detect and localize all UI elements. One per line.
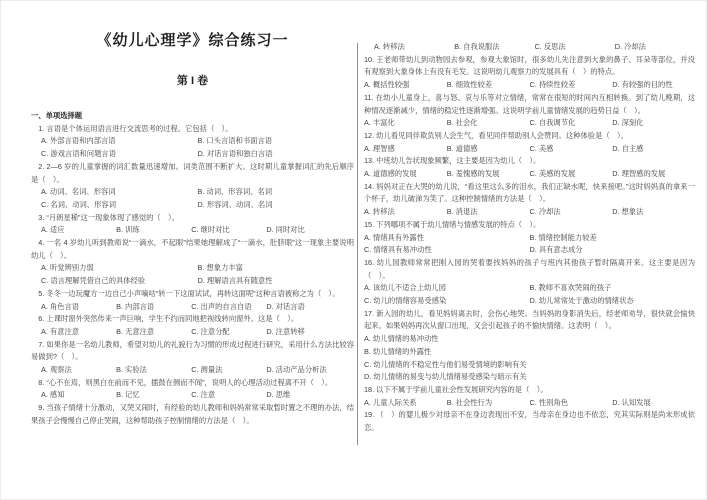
section-heading: 一、单项选择题	[31, 110, 354, 123]
question-stem: 11. 在幼小儿童身上，喜与怒、哀与乐等对立情绪，常常在很短的时间内互相转换。到…	[364, 92, 695, 117]
option: D. 同时对比	[266, 224, 341, 237]
option: C. 注意	[191, 389, 266, 402]
option: C. 持续性较差	[530, 79, 613, 92]
options-row: A. 儿童人际关系B. 社会性行为C. 性别角色D. 认知发展	[364, 397, 695, 410]
option: C. 测量法	[191, 364, 266, 377]
option: C. 自我调节化	[530, 117, 613, 130]
question-stem: 17. 新入园的幼儿，看见妈妈离去时，会伤心地哭。当妈妈的身影消失后，经老师劝导…	[364, 308, 695, 333]
option: B. 实验法	[116, 364, 191, 377]
question-stem: 4. 一名 4 岁幼儿听到教师说“一滴水，不起眼”结果她理解成了“一滴水，肚脐眼…	[31, 237, 354, 262]
option: D. 有较强的目的性	[612, 79, 695, 92]
option: C. 反思法	[535, 41, 615, 54]
options-row: A. 听觉辨别力弱B. 想象力丰富C. 语言理解凭借自己的具体经验D. 理解语言…	[31, 262, 354, 287]
option: D. 想象法	[612, 206, 695, 219]
option: D. 对话言语	[266, 301, 341, 314]
option: A. 丰富化	[364, 117, 447, 130]
option: A. 转移法	[364, 206, 447, 219]
options-row: A. 外部言语和内部言语B. 口头言语和书面言语C. 游戏言语和问题言语D. 对…	[31, 135, 354, 160]
option: A. 理智感	[364, 143, 447, 156]
option: B. 细致性较差	[447, 79, 530, 92]
question-block: 4. 一名 4 岁幼儿听到教师说“一滴水，不起眼”结果她理解成了“一滴水，肚脐眼…	[31, 237, 354, 288]
option: D. 理智感的发展	[612, 168, 695, 181]
option: C. 出声的自言自语	[191, 301, 266, 314]
question-stem: 19. （ ）的婴儿极少对母亲不在身边表现出不安，当母亲在身边也不依恋，究其实际…	[364, 409, 695, 434]
options-row: A. 角色言语B. 内部言语C. 出声的自言自语D. 对话言语	[31, 301, 354, 314]
options-row: A. 理智感B. 道德感C. 美感D. 自主感	[364, 143, 695, 156]
options-row: A. 动词、名词、形容词B. 动词、形容词、名词C. 名词、动词、形容词D. 形…	[31, 186, 354, 211]
options-row: A. 有意注意B. 无意注意C. 注意分配D. 注意转移	[31, 326, 354, 339]
question-block: 18. 以下不属于学前儿童社会性发展研究内容的是（ ）。A. 儿童人际关系B. …	[364, 384, 695, 409]
option: B. 自我说服法	[454, 41, 534, 54]
right-questions: A. 转移法B. 自我说服法C. 反思法D. 冷却法10. 王老师带幼儿到动物园…	[364, 41, 695, 435]
option: C. 情绪具有易冲动性	[364, 244, 530, 257]
question-block: 13. 中班幼儿告状现象频繁，这主要是因为幼儿（ ）。A. 道德感的发展B. 羞…	[364, 155, 695, 180]
exam-title: 《幼儿心理学》综合练习一	[31, 31, 354, 51]
option: D. 形容词、动词、名词	[198, 199, 355, 212]
option: A. 观察法	[41, 364, 116, 377]
option: D. 冷却法	[615, 41, 695, 54]
question-block: 11. 在幼小儿童身上，喜与怒、哀与乐等对立情绪，常常在很短的时间内互相转换。到…	[364, 92, 695, 130]
question-block: 19. （ ）的婴儿极少对母亲不在身边表现出不安，当母亲在身边也不依恋，究其实际…	[364, 409, 695, 434]
question-block: 2. 2—6 岁的儿童掌握的词汇数量迅速增加。词类范围不断扩大。这时期儿童掌握词…	[31, 161, 354, 212]
option: A. 外部言语和内部言语	[41, 135, 198, 148]
question-stem: 3. “月朗星稀”这一现象体现了感觉的（ ）。	[31, 212, 354, 225]
question-stem: 1. 言语是个体运用语言进行交流思考的过程。它包括（ ）。	[31, 123, 354, 136]
option: D. 具有意志成分	[530, 244, 696, 257]
option: B. 社会性行为	[447, 397, 530, 410]
option: A. 转移法	[374, 41, 454, 54]
options-row: A. 适应B. 训练C. 继时对比D. 同时对比	[31, 224, 354, 237]
question-block: A. 转移法B. 自我说服法C. 反思法D. 冷却法	[364, 41, 695, 54]
question-block: 8. “心不在焉，则黑白在前而不见，擂鼓在侧而不闻”，说明人的心理活动过程离不开…	[31, 377, 354, 402]
option: C. 幼儿的情绪容易受感染	[364, 295, 530, 308]
option: A. 适应	[41, 224, 116, 237]
option: B. 教师不喜欢哭闹的孩子	[530, 282, 696, 295]
question-stem: 8. “心不在焉，则黑白在前而不见，擂鼓在侧而不闻”，说明人的心理活动过程离不开…	[31, 377, 354, 390]
question-stem: 9. 当孩子情绪十分激动，又哭又闹时，有经验的幼儿教师和妈妈常常采取暂时置之不理…	[31, 402, 354, 427]
question-block: 12. 幼儿看见同伴欺负别人会生气，看见同伴帮助别人会赞同。这种体验是（ ）。A…	[364, 130, 695, 155]
options-row: A. 转移法B. 自我说服法C. 反思法D. 冷却法	[364, 41, 695, 54]
question-stem: 15. 下列哪项不属于幼儿情绪与情感发展的特点（ ）。	[364, 219, 695, 232]
option: C. 语言理解凭借自己的具体经验	[41, 275, 198, 288]
option: D. 幼儿常常处于激动的情绪状态	[530, 295, 696, 308]
question-stem: 13. 中班幼儿告状现象频繁，这主要是因为幼儿（ ）。	[364, 155, 695, 168]
option: B. 想象力丰富	[198, 262, 355, 275]
options-row: A. 情绪具有外露性B. 情绪控制能力较差C. 情绪具有易冲动性D. 具有意志成…	[364, 232, 695, 257]
option: A. 情绪具有外露性	[364, 232, 530, 245]
option: D. 对话言语和独白言语	[198, 148, 355, 161]
question-block: 10. 王老师带幼儿到动物园去参观，参观大象馆时，很多幼儿先注意到大象的鼻子、耳…	[364, 54, 695, 92]
options-row: A. 幼儿情绪的易冲动性B. 幼儿情绪的外露性C. 幼儿情绪的不稳定性与他们易受…	[364, 333, 695, 384]
question-block: 3. “月朗星稀”这一现象体现了感觉的（ ）。A. 适应B. 训练C. 继时对比…	[31, 212, 354, 237]
option: A. 概括性较强	[364, 79, 447, 92]
question-block: 1. 言语是个体运用语言进行交流思考的过程。它包括（ ）。A. 外部言语和内部言…	[31, 123, 354, 161]
option: C. 注意分配	[191, 326, 266, 339]
question-block: 6. 上课时窗外突然传来一声巨响，学生不约而同地把视线转向窗外。这是（ ）。A.…	[31, 313, 354, 338]
option: D. 活动产品分析法	[266, 364, 341, 377]
question-block: 17. 新入园的幼儿，看见妈妈离去时，会伤心地哭。当妈妈的身影消失后，经老师劝导…	[364, 308, 695, 384]
question-stem: 5. 冬冬一边玩魔方一边自己小声嘀咕“转一下这面试试，再转这面呢”这种言语被称之…	[31, 288, 354, 301]
option: B. 内部言语	[116, 301, 191, 314]
option: C. 冷却法	[530, 206, 613, 219]
question-block: 14. 妈妈对正在大哭的幼儿说，“看这里这么多的泪水，我们正缺水呢，快来接吧。”…	[364, 181, 695, 219]
option: C. 美感	[530, 143, 613, 156]
option: C. 幼儿情绪的不稳定性与他们易受情境的影响有关	[364, 359, 695, 372]
question-stem: 16. 幼儿园教师常常把刚入园的哭着要找妈妈的孩子与班内其他孩子暂时隔离开来。这…	[364, 257, 695, 282]
options-row: A. 观察法B. 实验法C. 测量法D. 活动产品分析法	[31, 364, 354, 377]
question-stem: 2. 2—6 岁的儿童掌握的词汇数量迅速增加。词类范围不断扩大。这时期儿童掌握词…	[31, 161, 354, 186]
left-column: 《幼儿心理学》综合练习一 第 I 卷 一、单项选择题 1. 言语是个体运用语言进…	[31, 1, 354, 428]
column-divider-line	[357, 43, 358, 445]
option: B. 道德感	[447, 143, 530, 156]
options-row: A. 丰富化B. 社会化C. 自我调节化D. 深刻化	[364, 117, 695, 130]
question-stem: 12. 幼儿看见同伴欺负别人会生气，看见同伴帮助别人会赞同。这种体验是（ ）。	[364, 130, 695, 143]
question-stem: 10. 王老师带幼儿到动物园去参观，参观大象馆时，很多幼儿先注意到大象的鼻子、耳…	[364, 54, 695, 79]
options-row: A. 道德感的发展B. 羞愧感的发展C. 美感的发展D. 理智感的发展	[364, 168, 695, 181]
volume-heading: 第 I 卷	[31, 74, 354, 89]
option: B. 社会化	[447, 117, 530, 130]
question-block: 16. 幼儿园教师常常把刚入园的哭着要找妈妈的孩子与班内其他孩子暂时隔离开来。这…	[364, 257, 695, 308]
option: A. 感知	[41, 389, 116, 402]
options-row: A. 转移法B. 消退法C. 冷却法D. 想象法	[364, 206, 695, 219]
option: A. 该幼儿不适合上幼儿园	[364, 282, 530, 295]
option: B. 记忆	[116, 389, 191, 402]
option: D. 注意转移	[266, 326, 341, 339]
question-stem: 6. 上课时窗外突然传来一声巨响，学生不约而同地把视线转向窗外。这是（ ）。	[31, 313, 354, 326]
question-stem: 7. 如果你是一名幼儿教师，希望对幼儿的礼貌行为习惯的形成过程进行研究，采用什么…	[31, 339, 354, 364]
option: C. 美感的发展	[530, 168, 613, 181]
option: B. 幼儿情绪的外露性	[364, 346, 695, 359]
option: B. 羞愧感的发展	[447, 168, 530, 181]
question-stem: 18. 以下不属于学前儿童社会性发展研究内容的是（ ）。	[364, 384, 695, 397]
option: A. 幼儿情绪的易冲动性	[364, 333, 695, 346]
option: C. 名词、动词、形容词	[41, 199, 198, 212]
option: A. 听觉辨别力弱	[41, 262, 198, 275]
question-stem: 14. 妈妈对正在大哭的幼儿说，“看这里这么多的泪水，我们正缺水呢，快来接吧。”…	[364, 181, 695, 206]
question-block: 5. 冬冬一边玩魔方一边自己小声嘀咕“转一下这面试试，再转这面呢”这种言语被称之…	[31, 288, 354, 313]
option: C. 继时对比	[191, 224, 266, 237]
option: D. 幼儿情绪的易变与幼儿情绪易受感染与暗示有关	[364, 371, 695, 384]
option: D. 认知发展	[612, 397, 695, 410]
option: C. 游戏言语和问题言语	[41, 148, 198, 161]
options-row: A. 该幼儿不适合上幼儿园B. 教师不喜欢哭闹的孩子C. 幼儿的情绪容易受感染D…	[364, 282, 695, 307]
right-column: A. 转移法B. 自我说服法C. 反思法D. 冷却法10. 王老师带幼儿到动物园…	[364, 41, 695, 435]
option: A. 儿童人际关系	[364, 397, 447, 410]
option: A. 道德感的发展	[364, 168, 447, 181]
option: B. 动词、形容词、名词	[198, 186, 355, 199]
left-questions: 1. 言语是个体运用语言进行交流思考的过程。它包括（ ）。A. 外部言语和内部言…	[31, 123, 354, 428]
option: D. 自主感	[612, 143, 695, 156]
option: B. 情绪控制能力较差	[530, 232, 696, 245]
option: C. 性别角色	[530, 397, 613, 410]
option: B. 无意注意	[116, 326, 191, 339]
question-block: 9. 当孩子情绪十分激动，又哭又闹时，有经验的幼儿教师和妈妈常常采取暂时置之不理…	[31, 402, 354, 427]
option: A. 角色言语	[41, 301, 116, 314]
option: D. 思维	[266, 389, 341, 402]
exam-page: 《幼儿心理学》综合练习一 第 I 卷 一、单项选择题 1. 言语是个体运用语言进…	[0, 0, 707, 500]
option: A. 动词、名词、形容词	[41, 186, 198, 199]
option: D. 理解语言具有随意性	[198, 275, 355, 288]
option: D. 深刻化	[612, 117, 695, 130]
option: B. 口头言语和书面言语	[198, 135, 355, 148]
question-block: 15. 下列哪项不属于幼儿情绪与情感发展的特点（ ）。A. 情绪具有外露性B. …	[364, 219, 695, 257]
question-block: 7. 如果你是一名幼儿教师，希望对幼儿的礼貌行为习惯的形成过程进行研究，采用什么…	[31, 339, 354, 377]
option: A. 有意注意	[41, 326, 116, 339]
option: B. 训练	[116, 224, 191, 237]
option: B. 消退法	[447, 206, 530, 219]
options-row: A. 感知B. 记忆C. 注意D. 思维	[31, 389, 354, 402]
options-row: A. 概括性较强B. 细致性较差C. 持续性较差D. 有较强的目的性	[364, 79, 695, 92]
